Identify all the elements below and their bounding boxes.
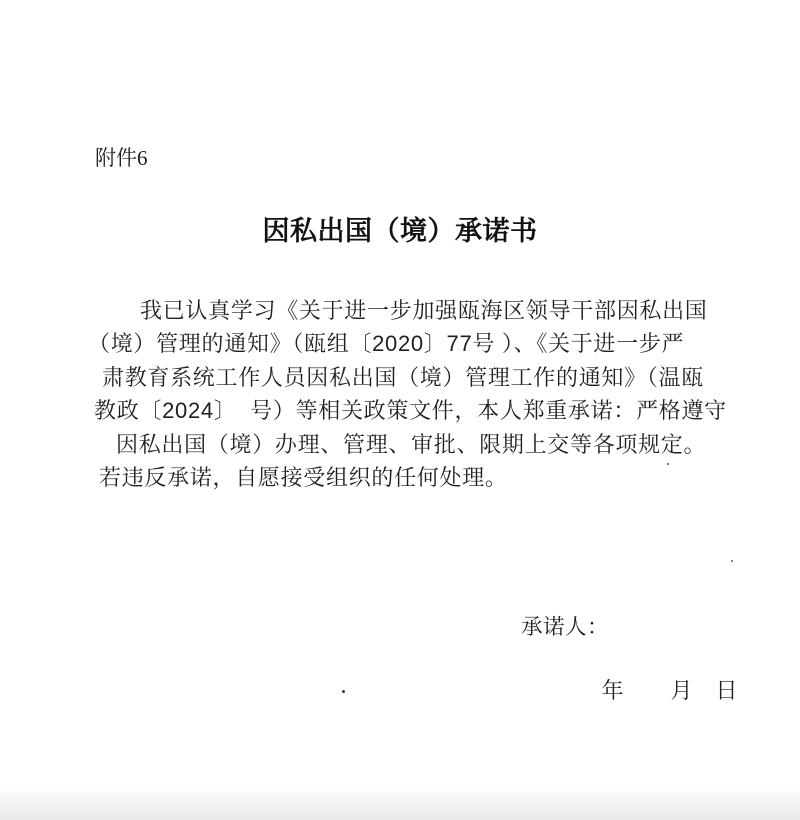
document-title: 因私出国（境）承诺书 [0, 214, 800, 248]
date-month-label: 月 [670, 678, 692, 703]
page-bottom-edge [0, 788, 800, 820]
promisor-label: 承诺人： [521, 610, 609, 641]
body-line: 我已认真学习《关于进一步加强瓯海区领导干部因私出国 [140, 294, 728, 327]
document-body: 我已认真学习《关于进一步加强瓯海区领导干部因私出国 （境）管理的通知》（瓯组〔2… [88, 294, 728, 494]
body-line: 教政〔2024〕 号）等相关政策文件，本人郑重承诺：严格遵守 [94, 394, 728, 427]
body-line: （境）管理的通知》（瓯组〔2020〕77号 ）、《关于进一步严 [88, 327, 728, 360]
date-day-label: 日 [715, 678, 737, 703]
document-page: 附件6 因私出国（境）承诺书 我已认真学习《关于进一步加强瓯海区领导干部因私出国… [0, 0, 800, 820]
body-line: 若违反承诺，自愿接受组织的任何处理。 [99, 461, 728, 494]
scan-speck [731, 560, 733, 562]
scan-speck [342, 690, 345, 693]
attachment-label: 附件6 [95, 145, 148, 172]
body-line: 因私出国（境）办理、管理、审批、限期上交等各项规定。 [116, 428, 728, 461]
scan-speck [667, 463, 669, 465]
body-line: 肃教育系统工作人员因私出国（境）管理工作的通知》（温瓯 [102, 361, 728, 394]
date-year-label: 年 [601, 678, 623, 703]
date-line: 年月日 [577, 648, 738, 731]
